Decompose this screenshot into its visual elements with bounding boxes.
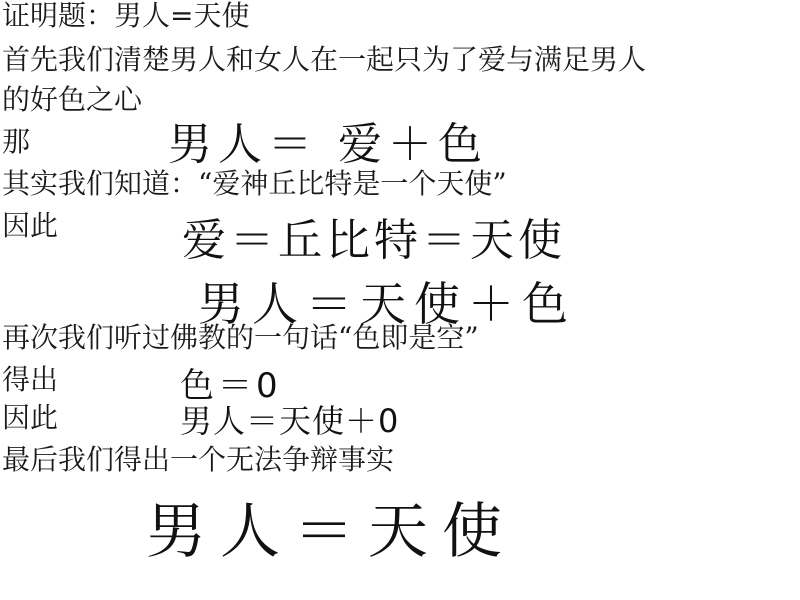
handwritten-equation-love-cupid-angel: 爱＝丘比特＝天使 (182, 204, 566, 268)
premise-line-1a: 首先我们清楚男人和女人在一起只为了爱与满足男人 (2, 42, 646, 78)
derive-label: 得出 (2, 362, 58, 398)
premise-line-2: 其实我们知道：“爱神丘比特是一个天使” (2, 166, 507, 202)
then-label: 那 (2, 124, 30, 160)
handwritten-equation-man-angel-zero: 男人＝天使＋0 (180, 396, 399, 442)
proof-document: 证明题：男人=天使 首先我们清楚男人和女人在一起只为了爱与满足男人 的好色之心 … (0, 0, 800, 600)
premise-line-3: 再次我们听过佛教的一句话“色即是空” (2, 320, 479, 356)
proof-title: 证明题：男人=天使 (2, 0, 249, 34)
premise-line-1b: 的好色之心 (2, 82, 142, 118)
therefore-label-2: 因此 (2, 400, 58, 436)
handwritten-equation-man-love-lust: 男人＝ 爱＋色 (168, 108, 488, 172)
conclusion-lead-line: 最后我们得出一个无法争辩事实 (2, 442, 394, 478)
handwritten-final-conclusion: 男人＝天使 (146, 484, 516, 570)
therefore-label-1: 因此 (2, 208, 58, 244)
